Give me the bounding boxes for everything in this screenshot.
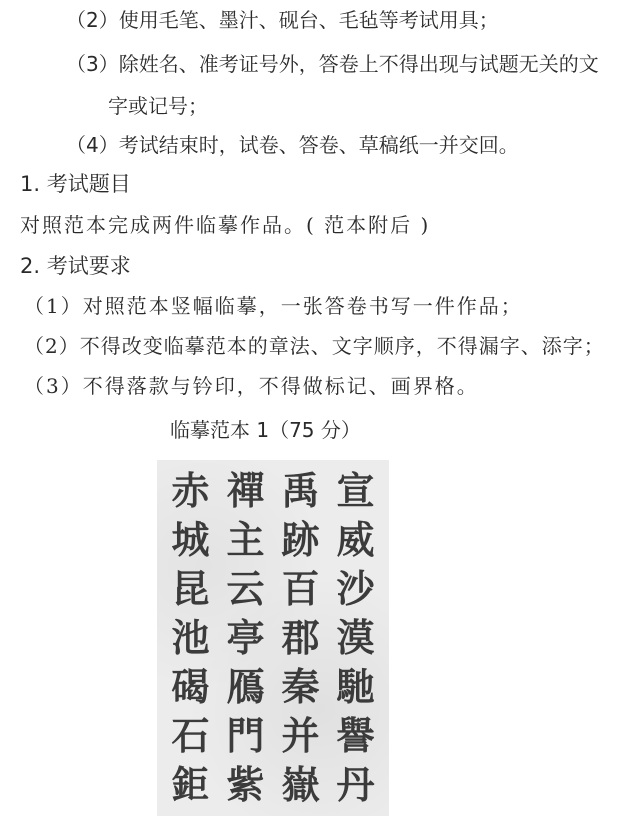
glyph: 主 bbox=[226, 517, 264, 563]
calligraphy-column-4: 赤 城 昆 池 碣 石 鉅 bbox=[171, 468, 209, 808]
glyph: 石 bbox=[171, 713, 209, 759]
glyph: 門 bbox=[226, 713, 264, 759]
glyph: 云 bbox=[226, 566, 264, 612]
calligraphy-column-1: 宣 威 沙 漠 馳 譽 丹 bbox=[336, 468, 374, 808]
glyph: 鴈 bbox=[226, 664, 264, 710]
glyph: 秦 bbox=[281, 664, 319, 710]
glyph: 池 bbox=[171, 615, 209, 661]
item-text: 考试结束时，试卷、答卷、草稿纸一并交回。 bbox=[119, 133, 519, 157]
item-number: （3） bbox=[66, 52, 119, 76]
item-text: 使用毛笔、墨汁、砚台、毛毡等考试用具； bbox=[119, 8, 499, 32]
notice-item-3: （3）除姓名、准考证号外，答卷上不得出现与试题无关的文 bbox=[66, 52, 599, 76]
section-heading-topic: 1. 考试题目 bbox=[20, 172, 131, 196]
calligraphy-column-3: 禪 主 云 亭 鴈 門 紫 bbox=[226, 468, 264, 808]
item-number: （2） bbox=[66, 8, 119, 32]
glyph: 沙 bbox=[336, 566, 374, 612]
glyph: 并 bbox=[281, 713, 319, 759]
requirement-3: （3）不得落款与钤印，不得做标记、画界格。 bbox=[24, 374, 479, 398]
requirement-1: （1）对照范本竖幅临摹，一张答卷书写一件作品； bbox=[24, 294, 523, 318]
glyph: 漠 bbox=[336, 615, 374, 661]
sample-caption: 临摹范本 1（75 分） bbox=[170, 418, 361, 442]
glyph: 昆 bbox=[171, 566, 209, 612]
notice-item-4: （4）考试结束时，试卷、答卷、草稿纸一并交回。 bbox=[66, 133, 519, 157]
notice-item-2: （2）使用毛笔、墨汁、砚台、毛毡等考试用具； bbox=[66, 8, 499, 32]
glyph: 禪 bbox=[226, 468, 264, 514]
glyph: 鉅 bbox=[171, 762, 209, 808]
notice-item-3-continuation: 字或记号； bbox=[108, 94, 208, 118]
glyph: 赤 bbox=[171, 468, 209, 514]
glyph: 嶽 bbox=[281, 762, 319, 808]
glyph: 馳 bbox=[336, 664, 374, 710]
glyph: 禹 bbox=[281, 468, 319, 514]
requirement-2: （2）不得改变临摹范本的章法、文字顺序，不得漏字、添字； bbox=[24, 334, 605, 358]
glyph: 郡 bbox=[281, 615, 319, 661]
calligraphy-column-2: 禹 跡 百 郡 秦 并 嶽 bbox=[281, 468, 319, 808]
section-heading-requirements: 2. 考试要求 bbox=[20, 254, 131, 278]
glyph: 碣 bbox=[171, 664, 209, 710]
item-number: （4） bbox=[66, 133, 119, 157]
glyph: 譽 bbox=[336, 713, 374, 759]
glyph: 宣 bbox=[336, 468, 374, 514]
glyph: 丹 bbox=[336, 762, 374, 808]
item-text: 除姓名、准考证号外，答卷上不得出现与试题无关的文 bbox=[119, 52, 599, 76]
glyph: 百 bbox=[281, 566, 319, 612]
glyph: 紫 bbox=[226, 762, 264, 808]
glyph: 跡 bbox=[281, 517, 319, 563]
section-body-topic: 对照范本完成两件临摹作品。( 范本附后 ) bbox=[20, 213, 430, 237]
glyph: 亭 bbox=[226, 615, 264, 661]
glyph: 威 bbox=[336, 517, 374, 563]
glyph: 城 bbox=[171, 517, 209, 563]
calligraphy-sample-image: 宣 威 沙 漠 馳 譽 丹 禹 跡 百 郡 秦 并 嶽 禪 主 云 亭 鴈 門 … bbox=[157, 460, 389, 816]
